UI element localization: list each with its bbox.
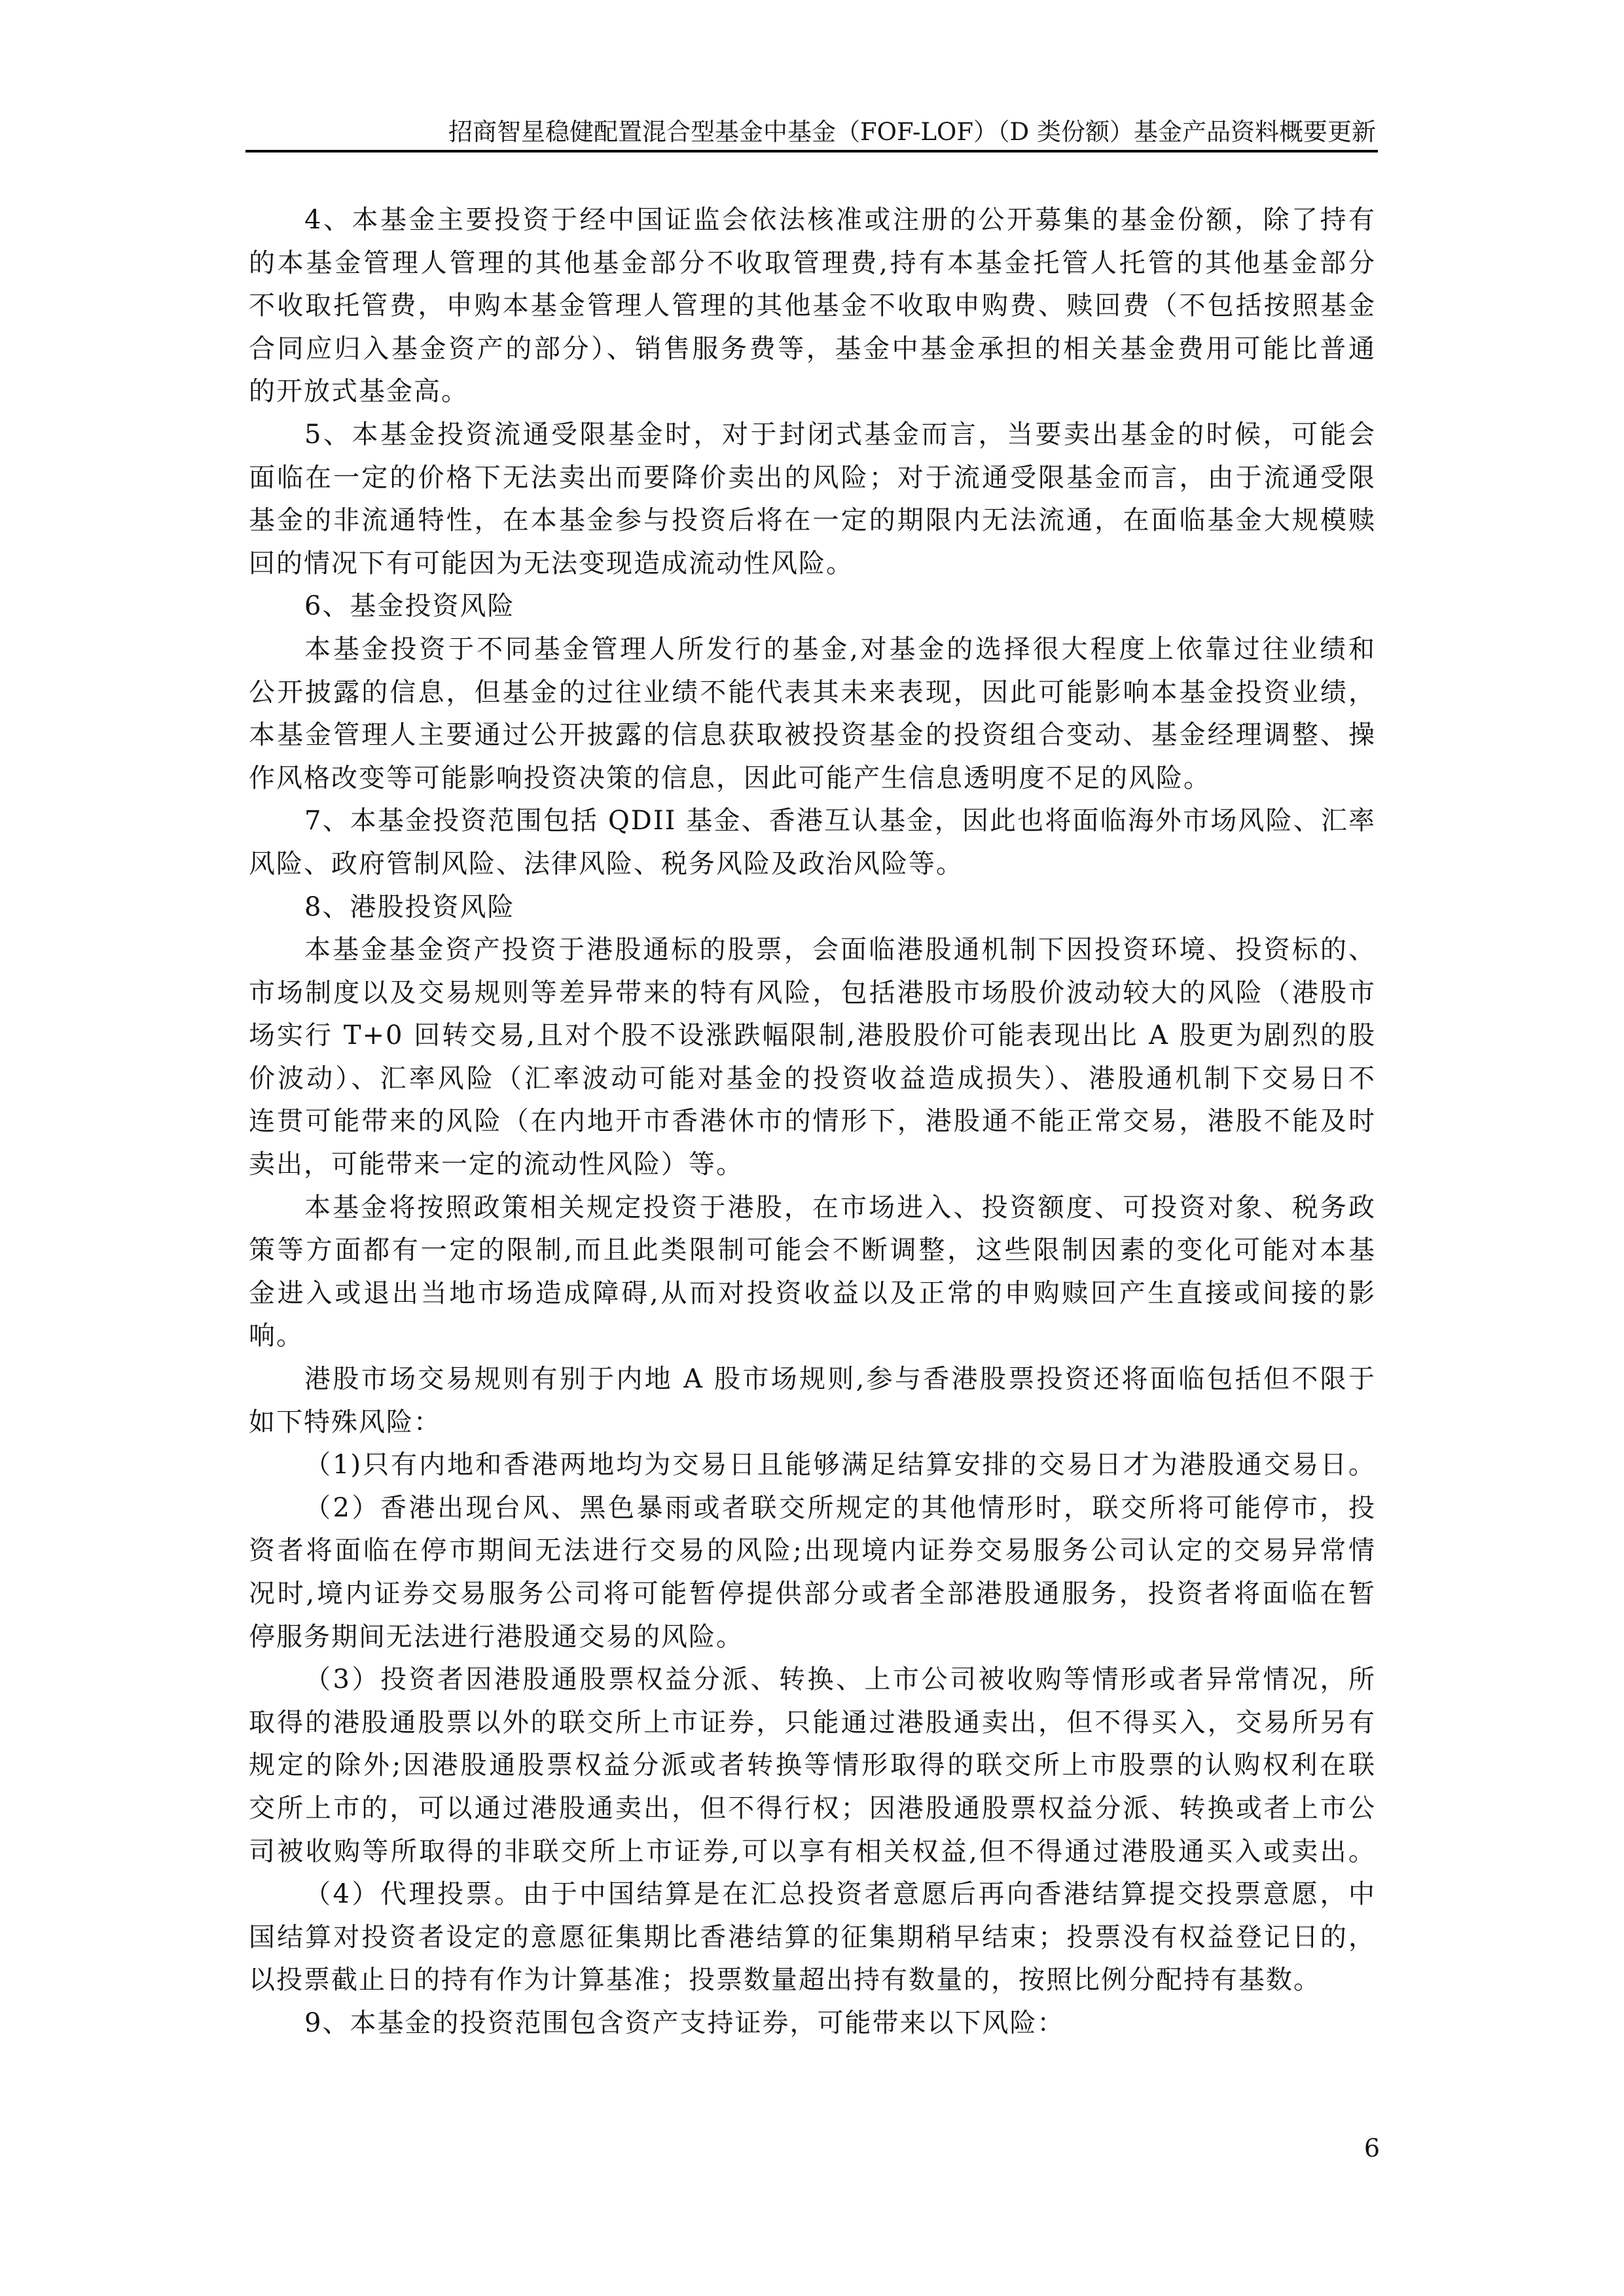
text-line: 4、本基金主要投资于经中国证监会依法核准或注册的公开募集的基金份额，除了持有 <box>249 199 1376 242</box>
text-line: 风险、政府管制风险、法律风险、税务风险及政治风险等。 <box>249 843 1376 886</box>
text-line: 市场制度以及交易规则等差异带来的特有风险，包括港股市场股价波动较大的风险（港股市 <box>249 972 1376 1015</box>
text-line: 资者将面临在停市期间无法进行交易的风险;出现境内证券交易服务公司认定的交易异常情 <box>249 1530 1376 1573</box>
text-line: 况时,境内证券交易服务公司将可能暂停提供部分或者全部港股通服务，投资者将面临在暂 <box>249 1573 1376 1616</box>
paragraph-item-4: 4、本基金主要投资于经中国证监会依法核准或注册的公开募集的基金份额，除了持有 的… <box>249 199 1376 414</box>
text-line: 的开放式基金高。 <box>249 370 1376 414</box>
text-line: 策等方面都有一定的限制,而且此类限制可能会不断调整，这些限制因素的变化可能对本基 <box>249 1229 1376 1272</box>
text-line: 合同应归入基金资产的部分）、销售服务费等，基金中基金承担的相关基金费用可能比普通 <box>249 328 1376 371</box>
document-title: 招商智星稳健配置混合型基金中基金（FOF-LOF）（D 类份额）基金产品资料概要… <box>448 118 1376 147</box>
heading-line: 6、基金投资风险 <box>249 585 1376 628</box>
text-line: 交所上市的，可以通过港股通卖出，但不得行权；因港股通股票权益分派、转换或者上市公 <box>249 1787 1376 1831</box>
text-line: 5、本基金投资流通受限基金时，对于封闭式基金而言，当要卖出基金的时候，可能会 <box>249 414 1376 457</box>
page-header: 招商智星稳健配置混合型基金中基金（FOF-LOF）（D 类份额）基金产品资料概要… <box>245 113 1378 149</box>
list-item-risk-3: （3）投资者因港股通股票权益分派、转换、上市公司被收购等情形或者异常情况，所 取… <box>249 1659 1376 1873</box>
paragraph-item-8-body-c: 港股市场交易规则有别于内地 A 股市场规则,参与香港股票投资还将面临包括但不限于… <box>249 1358 1376 1444</box>
text-line: 连贯可能带来的风险（在内地开市香港休市的情形下，港股通不能正常交易，港股不能及时 <box>249 1100 1376 1143</box>
text-line: 公开披露的信息，但基金的过往业绩不能代表其未来表现，因此可能影响本基金投资业绩， <box>249 672 1376 715</box>
text-line: 基金的非流通特性，在本基金参与投资后将在一定的期限内无法流通，在面临基金大规模赎 <box>249 499 1376 543</box>
text-line: 价波动）、汇率风险（汇率波动可能对基金的投资收益造成损失）、港股通机制下交易日不 <box>249 1058 1376 1101</box>
text-line: 回的情况下有可能因为无法变现造成流动性风险。 <box>249 543 1376 586</box>
text-line: （4）代理投票。由于中国结算是在汇总投资者意愿后再向香港结算提交投票意愿，中 <box>249 1873 1376 1916</box>
text-line: 不收取托管费，申购本基金管理人管理的其他基金不收取申购费、赎回费（不包括按照基金 <box>249 285 1376 328</box>
paragraph-item-6-body: 本基金投资于不同基金管理人所发行的基金,对基金的选择很大程度上依靠过往业绩和 公… <box>249 628 1376 800</box>
text-line: 以投票截止日的持有作为计算基准；投票数量超出持有数量的，按照比例分配持有基数。 <box>249 1959 1376 2002</box>
document-body: 4、本基金主要投资于经中国证监会依法核准或注册的公开募集的基金份额，除了持有 的… <box>249 199 1376 2045</box>
text-line: （1)只有内地和香港两地均为交易日且能够满足结算安排的交易日才为港股通交易日。 <box>249 1444 1376 1487</box>
paragraph-item-8-body-a: 本基金基金资产投资于港股通标的股票，会面临港股通机制下因投资环境、投资标的、 市… <box>249 929 1376 1187</box>
text-line: 司被收购等所取得的非联交所上市证券,可以享有相关权益,但不得通过港股通买入或卖出… <box>249 1831 1376 1874</box>
text-line: 本基金管理人主要通过公开披露的信息获取被投资基金的投资组合变动、基金经理调整、操 <box>249 714 1376 757</box>
text-line: 规定的除外;因港股通股票权益分派或者转换等情形取得的联交所上市股票的认购权利在联 <box>249 1744 1376 1787</box>
text-line: 卖出，可能带来一定的流动性风险）等。 <box>249 1143 1376 1187</box>
text-line: 本基金将按照政策相关规定投资于港股，在市场进入、投资额度、可投资对象、税务政 <box>249 1187 1376 1230</box>
text-line: 港股市场交易规则有别于内地 A 股市场规则,参与香港股票投资还将面临包括但不限于 <box>249 1358 1376 1401</box>
text-line: 9、本基金的投资范围包含资产支持证券，可能带来以下风险： <box>249 2002 1376 2045</box>
paragraph-item-9: 9、本基金的投资范围包含资产支持证券，可能带来以下风险： <box>249 2002 1376 2045</box>
text-line: 金进入或退出当地市场造成障碍,从而对投资收益以及正常的申购赎回产生直接或间接的影 <box>249 1272 1376 1316</box>
text-line: 作风格改变等可能影响投资决策的信息，因此可能产生信息透明度不足的风险。 <box>249 757 1376 800</box>
list-item-risk-1: （1)只有内地和香港两地均为交易日且能够满足结算安排的交易日才为港股通交易日。 <box>249 1444 1376 1487</box>
text-line: 的本基金管理人管理的其他基金部分不收取管理费,持有本基金托管人托管的其他基金部分 <box>249 242 1376 285</box>
text-line: 面临在一定的价格下无法卖出而要降价卖出的风险；对于流通受限基金而言，由于流通受限 <box>249 457 1376 500</box>
text-line: （3）投资者因港股通股票权益分派、转换、上市公司被收购等情形或者异常情况，所 <box>249 1659 1376 1702</box>
text-line: 国结算对投资者设定的意愿征集期比香港结算的征集期稍早结束；投票没有权益登记日的， <box>249 1916 1376 1960</box>
heading-line: 8、港股投资风险 <box>249 886 1376 929</box>
text-line: 如下特殊风险： <box>249 1401 1376 1444</box>
text-line: 停服务期间无法进行港股通交易的风险。 <box>249 1616 1376 1659</box>
text-line: 响。 <box>249 1315 1376 1358</box>
text-line: （2）香港出现台风、黑色暴雨或者联交所规定的其他情形时，联交所将可能停市，投 <box>249 1487 1376 1530</box>
list-item-risk-4: （4）代理投票。由于中国结算是在汇总投资者意愿后再向香港结算提交投票意愿，中 国… <box>249 1873 1376 2002</box>
paragraph-item-7: 7、本基金投资范围包括 QDII 基金、香港互认基金，因此也将面临海外市场风险、… <box>249 800 1376 886</box>
text-line: 场实行 T+0 回转交易,且对个股不设涨跌幅限制,港股股价可能表现出比 A 股更… <box>249 1014 1376 1058</box>
text-line: 本基金基金资产投资于港股通标的股票，会面临港股通机制下因投资环境、投资标的、 <box>249 929 1376 972</box>
text-line: 本基金投资于不同基金管理人所发行的基金,对基金的选择很大程度上依靠过往业绩和 <box>249 628 1376 672</box>
page-number: 6 <box>1348 2134 1380 2162</box>
paragraph-item-5: 5、本基金投资流通受限基金时，对于封闭式基金而言，当要卖出基金的时候，可能会 面… <box>249 414 1376 585</box>
text-line: 取得的港股通股票以外的联交所上市证券，只能通过港股通卖出，但不得买入，交易所另有 <box>249 1702 1376 1745</box>
section-heading-fund-investment-risk: 6、基金投资风险 <box>249 585 1376 628</box>
header-divider <box>245 150 1378 152</box>
paragraph-item-8-body-b: 本基金将按照政策相关规定投资于港股，在市场进入、投资额度、可投资对象、税务政 策… <box>249 1187 1376 1358</box>
text-line: 7、本基金投资范围包括 QDII 基金、香港互认基金，因此也将面临海外市场风险、… <box>249 800 1376 843</box>
list-item-risk-2: （2）香港出现台风、黑色暴雨或者联交所规定的其他情形时，联交所将可能停市，投 资… <box>249 1487 1376 1659</box>
section-heading-hk-stock-risk: 8、港股投资风险 <box>249 886 1376 929</box>
